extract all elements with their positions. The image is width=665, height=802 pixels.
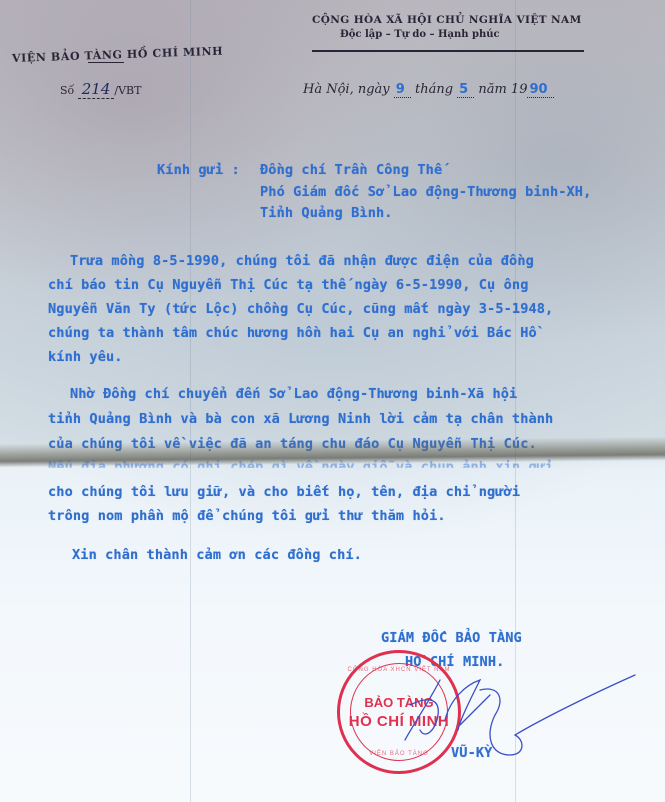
- recipient-line: Đồng chí Trần Công Thế: [260, 162, 442, 178]
- recipient-line: Tỉnh Quảng Bình.: [260, 205, 393, 221]
- body-line: cho chúng tôi lưu giữ, và cho biết họ, t…: [48, 484, 520, 500]
- body-line: Nguyễn Văn Ty (tức Lộc) chồng Cụ Cúc, cũ…: [48, 301, 553, 317]
- reference-number-value: 214: [78, 80, 115, 99]
- body-line: chúng ta thành tâm chúc hương hồn hai Cụ…: [48, 325, 537, 341]
- body-line: kính yêu.: [48, 349, 123, 365]
- organization-underline: [88, 62, 124, 63]
- date-day: 9: [394, 82, 411, 98]
- signer-title: GIÁM ĐỐC BẢO TÀNG: [381, 630, 522, 646]
- date-month: 5: [457, 82, 474, 98]
- signer-name: VŨ-KỲ: [451, 745, 492, 761]
- country-name: CỘNG HÒA XÃ HỘI CHỦ NGHĨA VIỆT NAM: [312, 14, 582, 26]
- reference-number: Số 214/VBT: [60, 80, 141, 98]
- recipient-line: Phó Giám đốc Sở Lao động-Thương binh-XH,: [260, 184, 591, 200]
- closing-line: Xin chân thành cảm ơn các đồng chí.: [72, 547, 362, 563]
- motto-underline: [312, 50, 584, 52]
- handwritten-signature: [400, 660, 640, 780]
- date-year-label: năm 19: [478, 82, 527, 97]
- recipient-label: Kính gửi :: [157, 162, 240, 178]
- body-line: Trưa mồng 8-5-1990, chúng tôi đã nhận đư…: [70, 253, 534, 269]
- date-year: 90: [527, 82, 553, 98]
- reference-suffix: /VBT: [114, 84, 141, 97]
- date-month-label: tháng: [415, 82, 453, 97]
- body-line: Nhờ Đồng chí chuyển đến Sở Lao động-Thươ…: [70, 386, 517, 402]
- reference-prefix: Số: [60, 84, 74, 97]
- date-place: Hà Nội, ngày: [303, 82, 390, 97]
- national-motto: Độc lập – Tự do – Hạnh phúc: [340, 29, 500, 40]
- body-line: chí báo tin Cụ Nguyễn Thị Cúc tạ thế ngà…: [48, 277, 528, 293]
- body-line: trông nom phần mộ để chúng tôi gửi thư t…: [48, 508, 446, 524]
- body-line: tỉnh Quảng Bình và bà con xã Lương Ninh …: [48, 411, 553, 427]
- date-line: Hà Nội, ngày 9 tháng 5 năm 1990: [303, 82, 554, 97]
